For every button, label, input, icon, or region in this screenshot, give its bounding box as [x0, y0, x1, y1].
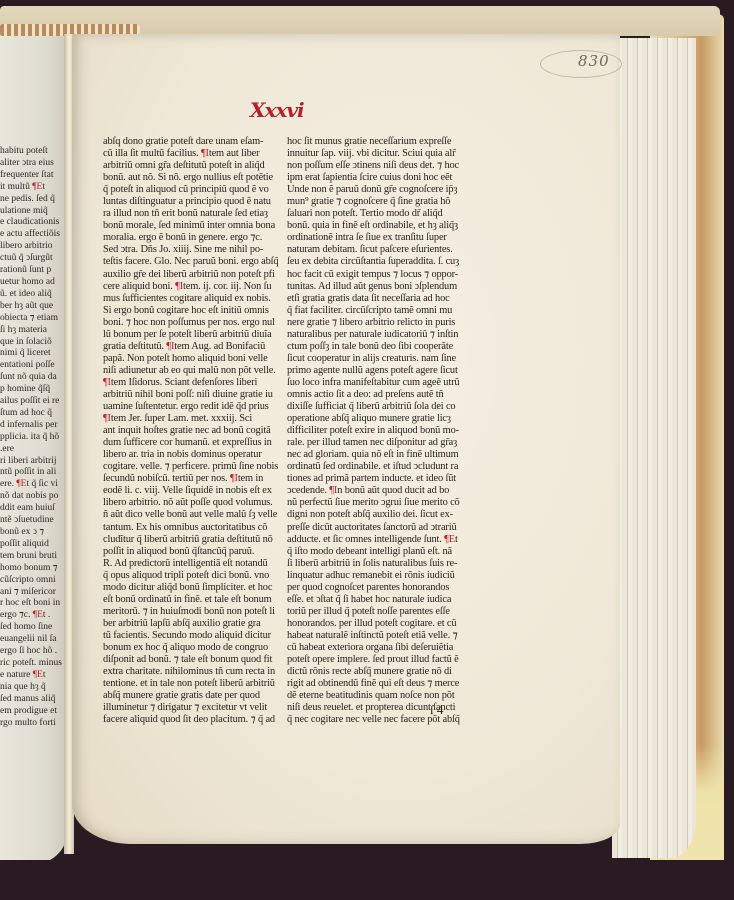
text-line: ric poteſt. minus [0, 658, 64, 670]
text-line: ddit eam huiuſ [0, 503, 64, 515]
rubric-paragraph-mark: ¶I [103, 413, 111, 424]
text-line: bonũ. quia in finẽ eſt ordinabile, et hȝ… [287, 220, 463, 232]
text-line: ⁊ bonũ ex ↄ [0, 527, 64, 539]
text-line: dixiſſe ſufficiat q̃ liberũ arbitriũ ſol… [287, 401, 463, 413]
text-line: R. Ad predictorũ intelligentiã eſt notan… [103, 558, 279, 570]
running-head: Xxxvi [250, 98, 304, 122]
text-line: auxilio gr̃e dei liberũ arbitriũ non pot… [103, 269, 279, 281]
text-line: extra charitate. nihilominus tñ cum rect… [103, 666, 279, 678]
text-line: nimi q̃ liceret [0, 348, 64, 360]
text-column-b: hoc ſit munus gratie neceſſarium expreſſ… [287, 136, 463, 726]
text-line: uetur homo ad [0, 277, 64, 289]
text-line: cũſcripto omni [0, 575, 64, 587]
text-line: per quod cognoſcet parentes honorandos [287, 582, 463, 594]
text-line: ſecundũ nobiſcũ. tertiũ per nos. ¶Item i… [103, 473, 279, 485]
text-line: moralia. ergo ẽ bonũ in genere. ergo ⁊c. [103, 232, 279, 244]
rubric-paragraph-mark: ¶I [166, 341, 174, 352]
rubric-paragraph-mark: ¶E [33, 670, 43, 680]
text-line: obiecta ⁊ etiam [0, 313, 64, 325]
text-line: habeat naturalẽ inſtinctũ poteſt etiã ve… [287, 630, 463, 642]
text-line: difficiliter poteſt exire in aliquod bon… [287, 425, 463, 437]
text-line: eſt bonũ ordinatũ in finẽ. et tale eſt b… [103, 594, 279, 606]
text-line: tũ facientis. Secundo modo aliquid dicit… [103, 630, 279, 642]
rubric-paragraph-mark: ¶E [444, 534, 455, 545]
text-line: poſſit aliquid [0, 539, 64, 551]
text-line: ber hȝ aũt que [0, 301, 64, 313]
text-line: ntũ poſſit in ali [0, 467, 64, 479]
text-line: ra illud non tñ erit bonũ naturale ſed e… [103, 208, 279, 220]
text-line: nec ad gloriam. quia nõ eſt in finẽ ulti… [287, 449, 463, 461]
text-line: innuitur ſap. viij. vbi dicitur. Sciui q… [287, 148, 463, 160]
text-line: cere aliquid boni. ¶Item. ij. cor. iij. … [103, 281, 279, 293]
text-line: ũ. et ideo aliq̃ [0, 289, 64, 301]
text-line: . ergo ſi hoc hõ [0, 646, 64, 658]
text-line: pplicia. ita q̃ hõ [0, 432, 64, 444]
text-line: modo dicitur aliq̃d bonũ ſimpliciter. et… [103, 582, 279, 594]
text-line: ſi hȝ materia [0, 325, 64, 337]
text-line: ſed manus aliq̃ [0, 694, 64, 706]
text-line: poteſt opere implere. ſed prout illud fa… [287, 654, 463, 666]
text-line: mus ſufficientes cogitare aliquid ex nob… [103, 293, 279, 305]
text-line: niſi adiunetur ab eo qui malũ non põt ve… [103, 365, 279, 377]
text-line: ñ aũt dico velle bonũ aut velle malũ ſȝ … [103, 509, 279, 521]
rubric-paragraph-mark: ¶I [230, 473, 238, 484]
text-line: diſponit ad bonũ. ⁊ tale eſt bonum quod … [103, 654, 279, 666]
text-line: ſicut cooperatur in alijs creaturis. nam… [287, 353, 463, 365]
text-line: frequenter ſtat [0, 170, 64, 182]
rubric-paragraph-mark: ¶I [201, 148, 209, 159]
text-line: preſſe dicũt auctoritates ſanctorũ ad ↄt… [287, 522, 463, 534]
text-line: Si ergo bonũ cogitare hoc eſt initiũ omn… [103, 305, 279, 317]
text-line: ¶Item Iſidorus. Sciant defenſores liberi [103, 377, 279, 389]
text-line: eſſe. et ↄſtat q̃ ſi habet hoc naturale … [287, 594, 463, 606]
text-line: nũ perfectũ ſiue merito ↄgrui ſiue merit… [287, 497, 463, 509]
text-line: bonũ. aut nõ. Si nõ. ergo nullius eſt po… [103, 172, 279, 184]
text-line: linquatur adhuc remanebit ei rõnis iudic… [287, 570, 463, 582]
text-line: rigit ad obtinendũ finẽ qui eſt deus ⁊ m… [287, 678, 463, 690]
text-line: ailus poſſit ei re [0, 396, 64, 408]
text-line: rationũ ſunt p [0, 265, 64, 277]
text-line: abſq dono gratie poteſt dare unam eſam- [103, 136, 279, 148]
text-line: ere. [0, 444, 64, 456]
text-line: bonum ex hoc q̃ aliquo modo de congruo [103, 642, 279, 654]
text-line: facere aliquid quod ſit deo placitum. ⁊ … [103, 714, 279, 726]
text-line: eodẽ li. c. viij. Velle ſiquidẽ in nobis… [103, 485, 279, 497]
text-line: illuminetur ⁊ dirigatur ⁊ excitetur vt v… [103, 702, 279, 714]
text-line: hoc ſit munus gratie neceſſarium expreſſ… [287, 136, 463, 148]
text-line: aliter ↄtra eius [0, 158, 64, 170]
text-line: abſq̃ munere gratie gratis date per quod [103, 690, 279, 702]
text-line: uamine ſuſtentetur. ergo redit idẽ q̃d p… [103, 401, 279, 413]
text-line: papã. Non poteſt homo aliquid boni velle [103, 353, 279, 365]
text-line: lũ bonum per ſe poteſt liberũ arbitriũ d… [103, 329, 279, 341]
rubric-paragraph-mark: ¶E [16, 479, 26, 489]
text-line: ri liberi arbitrij [0, 456, 64, 468]
text-line: libero arbitrio. nõ aũt poſſe quod volum… [103, 497, 279, 509]
left-page-text: habitu poteſtaliter ↄtra eiusfrequenter … [0, 146, 64, 729]
text-line: boni. ⁊ hoc non poſſumus per nos. ergo n… [103, 317, 279, 329]
text-line: toriũ per illud q̃ poteſt noſſe parentes… [287, 606, 463, 618]
text-line: ctum poſſȝ in tale bonũ deo ſibi cooperã… [287, 341, 463, 353]
rubric-paragraph-mark: ¶I [329, 485, 337, 496]
background-surface [0, 860, 734, 900]
text-line: ordinationẽ intra ſe ſiue ex tranſitu ſu… [287, 232, 463, 244]
text-line: hoc facit cũ exigit tempus ⁊ locus ⁊ opp… [287, 269, 463, 281]
text-line: ſuo loco infra manifeſtabitur cum ageẽ u… [287, 377, 463, 389]
text-line: dum ſufficere cor humanũ. et expreſſius … [103, 437, 279, 449]
left-page: habitu poteſtaliter ↄtra eiusfrequenter … [0, 36, 66, 866]
text-line: ſeu ex debita circũſtantia ſuperaddita. … [287, 256, 463, 268]
text-line: euangelii nil ſa [0, 634, 64, 646]
text-line: ber arbitriũ lapſũ abſq̃ auxilio gratie … [103, 618, 279, 630]
text-line: ctuũ q̃ ↄſurgũt [0, 253, 64, 265]
text-line: entationi poſſe [0, 360, 64, 372]
signature-mark: ſ 4 [430, 702, 443, 718]
text-line: ipm erat ſapientia ſcire cuius doni hoc … [287, 172, 463, 184]
text-line: gratia deſtitutũ. ¶Item Aug. ad Bonifaci… [103, 341, 279, 353]
text-line: q̃ poteſt in aliquod cũ principiũ quod ẽ… [103, 184, 279, 196]
text-line: ſtum ad hoc q̃ [0, 408, 64, 420]
text-line: ntẽ ↄſuetudine [0, 515, 64, 527]
text-line: ↄcedende. ¶In bonũ aũt quod ducit ad bo [287, 485, 463, 497]
text-line: libero arbitrio [0, 241, 64, 253]
rubric-paragraph-mark: ¶I [175, 281, 183, 292]
text-line: operatione abſq̃ aliquo munere gratie li… [287, 413, 463, 425]
text-line: em prodigue et [0, 706, 64, 718]
text-line: etſi gratia gratis data ſit neceſſaria a… [287, 293, 463, 305]
text-line: Unde non ẽ paruũ donũ gr̃e cognoſcere ip… [287, 184, 463, 196]
text-line: ani ⁊ miſericor [0, 587, 64, 599]
text-line: q̃ iſto modo debeant intelligi planũ eſt… [287, 546, 463, 558]
text-line: dẽ eterne beatitudinis quam noſce non põ… [287, 690, 463, 702]
text-line: libero ar. tria in nobis dominus operatu… [103, 449, 279, 461]
text-line: dictũ rõnis recte abſq̃ munere gratie nõ… [287, 666, 463, 678]
text-line: omnis actio ſit a deo: ad preſens autẽ t… [287, 389, 463, 401]
text-line: cũ illa ſit multũ facilius. ¶Item aut li… [103, 148, 279, 160]
text-line: q̃ opus aliquod tripli̅ poteſt dici bonũ… [103, 570, 279, 582]
text-line: Sed ↄtra. Dñs Jo. xiiij. Sine me nihil p… [103, 244, 279, 256]
text-line: tentione. et in tale non poteſt liberũ a… [103, 678, 279, 690]
text-line: d infernalis per [0, 420, 64, 432]
text-line: arbitriũ nihil boni poſſ: niſi diuine gr… [103, 389, 279, 401]
text-line: luntas diſtinguatur a principio quod ẽ n… [103, 196, 279, 208]
text-line: . ergo ⁊c. ¶Et [0, 610, 64, 622]
text-column-a: abſq dono gratie poteſt dare unam eſam-c… [103, 136, 279, 726]
text-line: cogitare. velle. ⁊ perficere. primũ ſine… [103, 461, 279, 473]
text-line: honorandos. per illud poteſt cogitare. e… [287, 618, 463, 630]
text-line: tiones ad primã partem inducte. et ideo … [287, 473, 463, 485]
text-line: ¶Item Jer. ſuper Lam. met. xxxiij. Sci [103, 413, 279, 425]
text-line: r hoc eſt boni in [0, 598, 64, 610]
text-line: arbitriũ omni gr̃a deſtitutũ poteſt in a… [103, 160, 279, 172]
text-line: rale. per illud tamen nec diſponitur ad … [287, 437, 463, 449]
text-line: ere. ¶Et q̃ ſic vi [0, 479, 64, 491]
text-line: habitu poteſt [0, 146, 64, 158]
text-line: tem bruni bruti [0, 551, 64, 563]
text-line: non poſſum eſſe ↄtinens niſi deus det. ⁊… [287, 160, 463, 172]
text-line: que in ſolaciõ [0, 337, 64, 349]
text-line: e actu affectiõis [0, 229, 64, 241]
text-line: poſſit in aliquod bonũ q̃ſtancũq̃ paruũ. [103, 546, 279, 558]
text-line: naturalibus per naturale iudicatoriũ ⁊ i… [287, 329, 463, 341]
text-line: ulatione miq̃ [0, 206, 64, 218]
text-line: meritorũ. ⁊ in huiuſmodi bonũ non poteſt… [103, 606, 279, 618]
text-line: ſunt nõ quia da [0, 372, 64, 384]
text-line: e claudicationis [0, 217, 64, 229]
text-line: q̃ fiat faciliter. circũſcripto tamẽ omn… [287, 305, 463, 317]
text-line: ant inquit hoſtes gratie nec ad bonũ cog… [103, 425, 279, 437]
text-line: teſtis facere. Glo. Nec paruũ boni. ergo… [103, 256, 279, 268]
text-line: tunitas. Ad illud aũt genus boni ↄſplend… [287, 281, 463, 293]
folio-number: 830 [578, 52, 610, 70]
text-line: bonũ morale, ſed minimũ inter omnia bona [103, 220, 279, 232]
text-line: nõ dat nobis po [0, 491, 64, 503]
text-line: rgo multo forti [0, 718, 64, 730]
book-photograph: habitu poteſtaliter ↄtra eiusfrequenter … [0, 0, 734, 900]
text-line: e nature ¶Et [0, 670, 64, 682]
text-line: ſaluari non poteſt. Tertio modo dr̃ aliq… [287, 208, 463, 220]
text-line: tantum. Ex his omnibus auctoritatibus cõ [103, 522, 279, 534]
rubric-paragraph-mark: ¶I [103, 377, 111, 388]
text-line: naturam debitam. ſicut paſcere eſuriente… [287, 244, 463, 256]
text-line: ⁊ homo bonum [0, 563, 64, 575]
rubric-paragraph-mark: ¶E [32, 182, 42, 192]
text-line: nere gratie ⁊ libero arbitrio relicto in… [287, 317, 463, 329]
text-line: ſed homo ſine [0, 622, 64, 634]
text-line: cũ habeat exteriora organa ſibi deſeruiẽ… [287, 642, 463, 654]
text-line: cludĩtur q̃ liberũ arbitriũ gratia deſti… [103, 534, 279, 546]
text-line: digni non poteſt abſq̃ auxilio dei. ſicu… [287, 509, 463, 521]
text-line: primo agente nullũ agens poteſt agere ſi… [287, 365, 463, 377]
text-line: ſi liberũ arbitriũ in ſolis naturalibus … [287, 558, 463, 570]
text-line: p homine q̃ſq̃ [0, 384, 64, 396]
rubric-paragraph-mark: ¶E [33, 610, 43, 620]
text-line: nia que hȝ q̃ [0, 682, 64, 694]
page-stack-edges [612, 38, 696, 858]
text-line: adducte. et ſic omnes intelligende ſunt.… [287, 534, 463, 546]
text-line: mun⁹ gratie ⁊ cognoſcere q̃ ſine gratia … [287, 196, 463, 208]
text-line: ne pedis. ſed q̃ [0, 194, 64, 206]
text-line: ordinatũ ſed ordinabile. et iſtud ↄcludu… [287, 461, 463, 473]
text-line: it multũ ¶Et [0, 182, 64, 194]
